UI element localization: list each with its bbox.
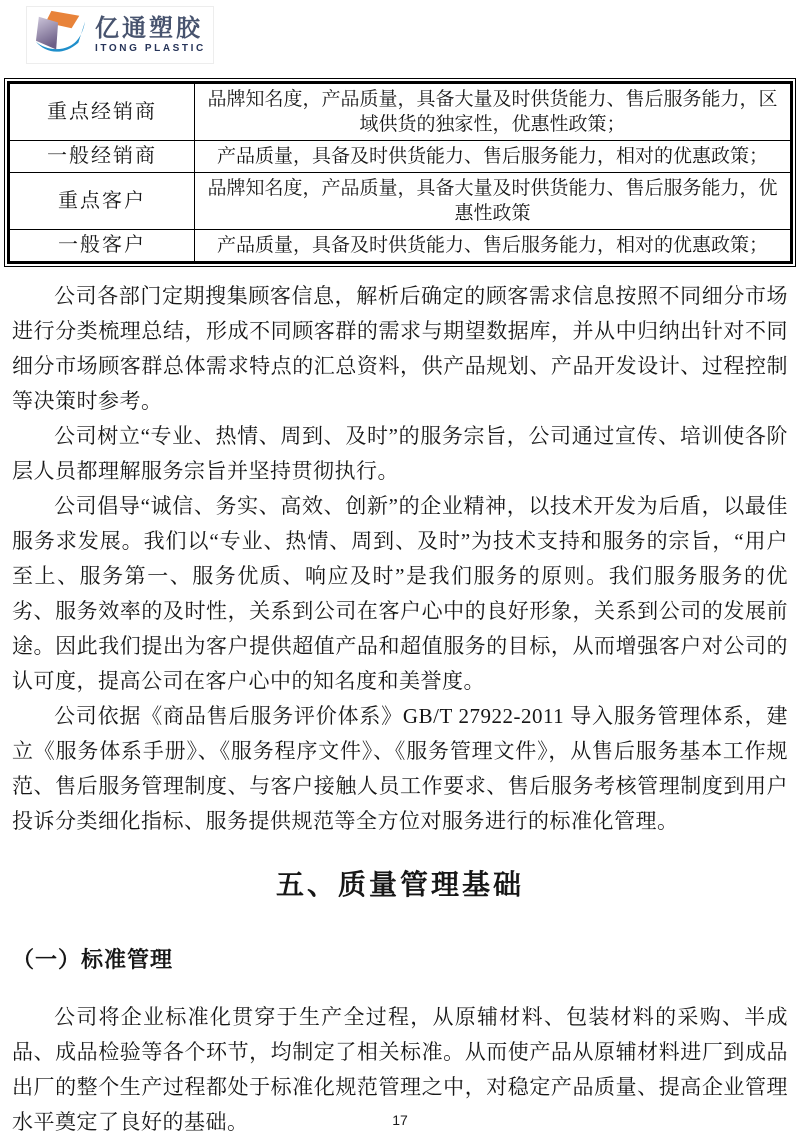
company-logo: 亿通塑胶 ITONG PLASTIC: [26, 6, 214, 64]
table-row: 一般客户 产品质量，具备及时供货能力、售后服务能力，相对的优惠政策；: [9, 230, 792, 263]
company-name-cn: 亿通塑胶: [95, 17, 206, 41]
customer-requirements-table: 重点经销商 品牌知名度，产品质量，具备大量及时供货能力、售后服务能力，区域供货的…: [7, 81, 793, 264]
body-paragraph: 公司各部门定期搜集顾客信息，解析后确定的顾客需求信息按照不同细分市场进行分类梳理…: [12, 279, 788, 419]
company-name-en: ITONG PLASTIC: [95, 44, 206, 54]
customer-requirements-table-border: 重点经销商 品牌知名度，产品质量，具备大量及时供货能力、售后服务能力，区域供货的…: [4, 78, 796, 267]
document-page: 亿通塑胶 ITONG PLASTIC 重点经销商 品牌知名度，产品质量，具备大量…: [0, 0, 800, 1134]
table-row: 重点客户 品牌知名度，产品质量，具备大量及时供货能力、售后服务能力，优惠性政策: [9, 173, 792, 230]
company-logo-text: 亿通塑胶 ITONG PLASTIC: [95, 17, 206, 54]
document-body: 公司各部门定期搜集顾客信息，解析后确定的顾客需求信息按照不同细分市场进行分类梳理…: [0, 267, 800, 1134]
table-row: 重点经销商 品牌知名度，产品质量，具备大量及时供货能力、售后服务能力，区域供货的…: [9, 83, 792, 141]
customer-type-cell: 重点客户: [9, 173, 195, 230]
body-paragraph: 公司依据《商品售后服务评价体系》GB/T 27922-2011 导入服务管理体系…: [12, 699, 788, 839]
page-header: 亿通塑胶 ITONG PLASTIC: [0, 0, 800, 68]
requirements-cell: 品牌知名度，产品质量，具备大量及时供货能力、售后服务能力，区域供货的独家性，优惠…: [195, 83, 792, 141]
page-number: 17: [0, 1112, 800, 1128]
requirements-cell: 产品质量，具备及时供货能力、售后服务能力，相对的优惠政策；: [195, 141, 792, 173]
subsection-heading: （一）标准管理: [12, 943, 788, 974]
requirements-cell: 品牌知名度，产品质量，具备大量及时供货能力、售后服务能力，优惠性政策: [195, 173, 792, 230]
requirements-cell: 产品质量，具备及时供货能力、售后服务能力，相对的优惠政策；: [195, 230, 792, 263]
customer-type-cell: 一般经销商: [9, 141, 195, 173]
company-logo-icon: [35, 9, 87, 61]
section-heading: 五、质量管理基础: [12, 863, 788, 903]
table-row: 一般经销商 产品质量，具备及时供货能力、售后服务能力，相对的优惠政策；: [9, 141, 792, 173]
body-paragraph: 公司树立“专业、热情、周到、及时”的服务宗旨，公司通过宣传、培训使各阶层人员都理…: [12, 419, 788, 489]
customer-type-cell: 一般客户: [9, 230, 195, 263]
customer-type-cell: 重点经销商: [9, 83, 195, 141]
body-paragraph: 公司倡导“诚信、务实、高效、创新”的企业精神，以技术开发为后盾，以最佳服务求发展…: [12, 489, 788, 699]
